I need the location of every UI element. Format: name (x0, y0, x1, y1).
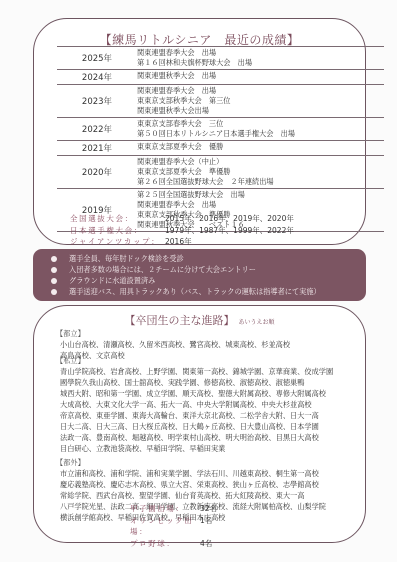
school-line: 市立浦和高校、浦和学院、浦和実業学園、学法石川、川越東高校、桐生第一高校 (56, 468, 351, 479)
school-line: 法政一高、豊南高校、堀越高校、明学東村山高校、明大明治高校、目黒日大高校 (56, 432, 351, 443)
record-row: 2023年関東連盟春季大会 出場東東京支部秋季大会 第三位関東連盟秋季大会出場 (57, 84, 384, 117)
record-year: 2025年 (57, 48, 137, 68)
summary-label: 日本選手権大会： (70, 225, 165, 237)
summary-row: 日本選手権大会：1979年、1987年、1999年、2022年 (70, 225, 294, 237)
careers-title: 【卒団生の主な進路】あいうえお順 (34, 312, 365, 328)
careers-stats: 甲子園出場：32名オリンピック出場：1名プロ野球：4名 (130, 503, 217, 549)
school-line: 大成高校、大東文化大学一高、拓大一高、中央大学附属高校、中央大杉並高校 (56, 399, 351, 410)
summary-row: ジャイアンツカップ：2016年 (70, 236, 294, 248)
stat-label: 甲子園出場： (130, 503, 200, 515)
category-heading: 【都外】 (56, 457, 351, 468)
features-band: 選手全員、毎年肘ドック検診を受診入団者多数の場合には、２チームに分けて大会エント… (33, 249, 366, 301)
school-line: 小山台高校、清瀬高校、久留米西高校、鷺宮高校、城東高校、杉並高校 (56, 339, 351, 350)
summary-value: 2015年、2016年、2019年、2020年 (165, 213, 294, 225)
record-items: 東東京支部夏季大会 優勝 (137, 142, 384, 154)
school-line: 國學院久我山高校、国士舘高校、実践学園、修徳高校、淑徳高校、淑徳巣鴨 (56, 377, 351, 388)
record-items: 関東連盟春季大会（中止）東東京支部夏季大会 準優勝第２６回全国選抜野球大会 ２年… (137, 157, 384, 187)
record-year: 2022年 (57, 119, 137, 139)
summary-value: 1979年、1987年、1999年、2022年 (165, 225, 294, 237)
stat-row: プロ野球：4名 (130, 538, 217, 550)
record-year: 2021年 (57, 142, 137, 154)
feature-item: 選手全員、毎年肘ドック検診を受診 (51, 253, 366, 264)
record-year: 2024年 (57, 71, 137, 83)
school-line: 慶応義塾高校、慶応志木高校、県立大宮、栄東高校、狭山ヶ丘高校、志學館高校 (56, 479, 351, 490)
record-item: 東東京支部夏季大会 優勝 (137, 142, 384, 152)
record-item: 関東連盟春季大会 出場 (137, 200, 384, 210)
record-items: 関東連盟春季大会 出場東東京支部秋季大会 第三位関東連盟秋季大会出場 (137, 86, 384, 116)
feature-item: グラウンドに水道設置済み (51, 275, 366, 286)
bullet-icon (51, 256, 57, 262)
school-line: 常総学院、西武台高校、聖望学園、仙台育英高校、拓大紅陵高校、東大一高 (56, 490, 351, 501)
record-year: 2020年 (57, 157, 137, 187)
record-item: 第２５回全国選抜野球大会 出場 (137, 190, 384, 200)
record-item: 関東連盟秋季大会 出場 (137, 71, 384, 81)
record-row: 2024年関東連盟秋季大会 出場 (57, 69, 384, 84)
record-item: 第５０回日本リトルシニア日本選手権大会 出場 (137, 129, 384, 139)
school-line: 日大二高、日大三高、日大桜丘高校、日大鶴ヶ丘高校、日大豊山高校、日本学園 (56, 421, 351, 432)
bullet-icon (51, 289, 57, 295)
record-item: 東東京支部秋季大会 第三位 (137, 96, 384, 106)
record-items: 関東連盟春季大会 出場第１６回林和夫旗杯野球大会 出場 (137, 48, 384, 68)
stat-row: オリンピック出場：1名 (130, 515, 217, 538)
record-item: 関東連盟春季大会（中止） (137, 157, 384, 167)
record-item: 東東京支部夏季大会 準優勝 (137, 167, 384, 177)
bullet-icon (51, 267, 57, 273)
record-item: 関東連盟春季大会 出場 (137, 48, 384, 58)
flyer-page: 【練馬リトルシニア 最近の成績】 2025年関東連盟春季大会 出場第１６回林和夫… (0, 0, 397, 562)
stat-value: 32名 (200, 503, 217, 515)
records-box: 【練馬リトルシニア 最近の成績】 2025年関東連盟春季大会 出場第１６回林和夫… (33, 18, 366, 245)
record-item: 東東京支部春季大会 三位 (137, 119, 384, 129)
feature-text: 選手全員、毎年肘ドック検診を受診 (69, 253, 184, 264)
category-heading: 【都立】 (56, 328, 351, 339)
school-line: 城西大附、昭和第一学園、成立学園、順天高校、聖徳大附属高校、専修大附属高校 (56, 388, 351, 399)
record-item: 第２６回全国選抜野球大会 ２年連続出場 (137, 177, 384, 187)
category-heading: 【私立】 (56, 355, 351, 366)
record-row: 2022年東東京支部春季大会 三位第５０回日本リトルシニア日本選手権大会 出場 (57, 117, 384, 140)
summary-row: 全国選抜大会：2015年、2016年、2019年、2020年 (70, 213, 294, 225)
feature-text: グラウンドに水道設置済み (69, 275, 155, 286)
careers-title-text: 【卒団生の主な進路】 (124, 314, 234, 327)
record-items: 東東京支部春季大会 三位第５０回日本リトルシニア日本選手権大会 出場 (137, 119, 384, 139)
stat-label: オリンピック出場： (130, 515, 200, 538)
feature-item: 入団者多数の場合には、２チームに分けて大会エントリー (51, 264, 366, 275)
stat-value: 1名 (200, 515, 212, 538)
record-item: 第１６回林和夫旗杯野球大会 出場 (137, 58, 384, 68)
record-item: 関東連盟秋季大会出場 (137, 106, 384, 116)
summary-label: 全国選抜大会： (70, 213, 165, 225)
summary-label: ジャイアンツカップ： (70, 236, 165, 248)
record-row: 2020年関東連盟春季大会（中止）東東京支部夏季大会 準優勝第２６回全国選抜野球… (57, 155, 384, 188)
feature-text: 選手送迎バス、用具トラックあり（バス、トラックの運転は指導者にて実施） (69, 286, 321, 297)
record-item: 関東連盟春季大会 出場 (137, 86, 384, 96)
bullet-icon (51, 278, 57, 284)
school-line: 目白研心、立教池袋高校、早稲田学院、早稲田実業 (56, 443, 351, 454)
careers-box: 【卒団生の主な進路】あいうえお順 【都立】小山台高校、清瀬高校、久留米西高校、鷺… (33, 305, 366, 543)
career-category: 【私立】青山学院高校、岩倉高校、上野学園、関東第一高校、錦城学園、京華商業、佼成… (56, 355, 351, 454)
school-line: 青山学院高校、岩倉高校、上野学園、関東第一高校、錦城学園、京華商業、佼成学園 (56, 366, 351, 377)
records-summary: 全国選抜大会：2015年、2016年、2019年、2020年日本選手権大会：19… (70, 213, 294, 248)
records-table: 2025年関東連盟春季大会 出場第１６回林和夫旗杯野球大会 出場2024年関東連… (57, 46, 384, 232)
feature-text: 入団者多数の場合には、２チームに分けて大会エントリー (69, 264, 256, 275)
feature-item: 選手送迎バス、用具トラックあり（バス、トラックの運転は指導者にて実施） (51, 286, 366, 297)
record-row: 2021年東東京支部夏季大会 優勝 (57, 140, 384, 155)
school-line: 帝京高校、東亜学園、東海大高輪台、東洋大京北高校、二松学舎大附、日大一高 (56, 410, 351, 421)
summary-value: 2016年 (165, 236, 192, 248)
record-row: 2025年関東連盟春季大会 出場第１６回林和夫旗杯野球大会 出場 (57, 46, 384, 69)
stat-label: プロ野球： (130, 538, 200, 550)
stat-value: 4名 (200, 538, 212, 550)
record-year: 2023年 (57, 86, 137, 116)
stat-row: 甲子園出場：32名 (130, 503, 217, 515)
careers-subtitle: あいうえお順 (238, 319, 274, 326)
record-items: 関東連盟秋季大会 出場 (137, 71, 384, 83)
